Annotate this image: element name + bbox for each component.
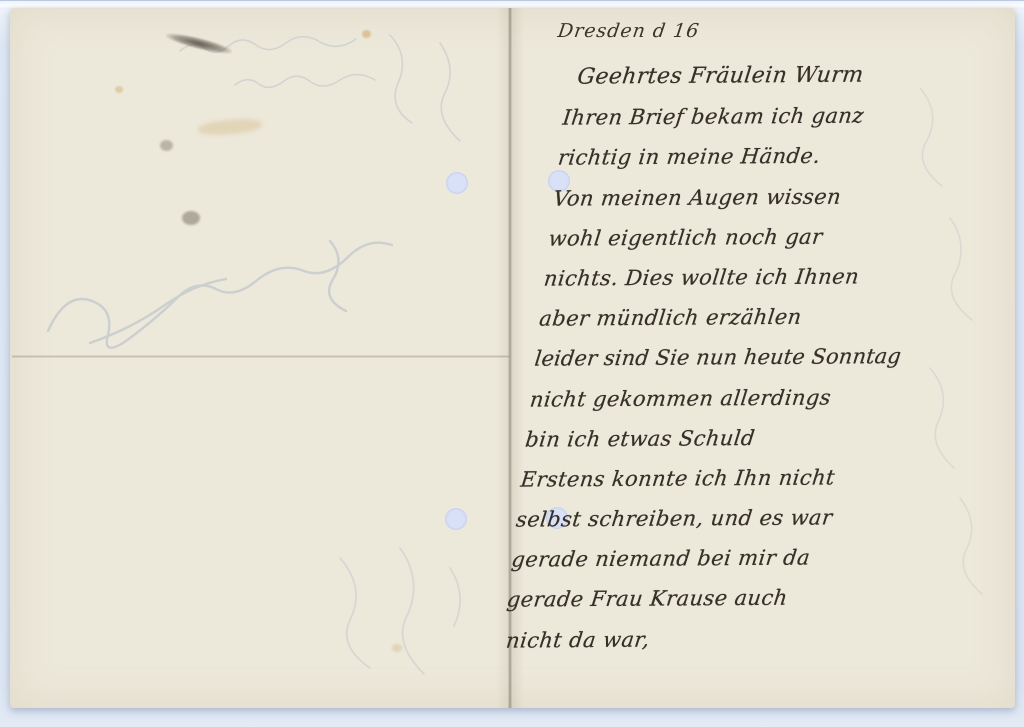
letter-line: aber mündlich erzählen — [537, 295, 1012, 338]
stain — [362, 30, 371, 38]
fold-crease-horizontal — [12, 355, 509, 358]
stain — [115, 86, 123, 93]
letter-scan: Dresden d 16 Geehrtes Fräulein Wurm Ihre… — [0, 0, 1024, 727]
letter-line: Erstens konnte ich Ihn nicht — [519, 456, 994, 499]
letter-line: nicht da war, — [504, 617, 975, 660]
letter-line: gerade niemand bei mir da — [509, 537, 984, 580]
letter-sheet: Dresden d 16 Geehrtes Fräulein Wurm Ihre… — [10, 8, 1015, 708]
letter-line: Ihren Brief bekam ich ganz — [560, 95, 1024, 138]
stain — [182, 211, 200, 225]
left-page-blank — [10, 8, 510, 708]
ink-bleedthrough-flourish — [30, 223, 430, 353]
letter-line: bin ich etwas Schuld — [523, 416, 998, 459]
letter-line: selbst schreiben, und es war — [514, 496, 989, 539]
ink-bleedthrough-bottom — [310, 528, 500, 688]
letter-body: Geehrtes Fräulein Wurm Ihren Brief bekam… — [500, 54, 1024, 660]
stain — [165, 30, 234, 57]
letter-dateline: Dresden d 16 — [556, 20, 700, 42]
letter-line: Von meinen Augen wissen — [551, 175, 1024, 218]
stain — [392, 644, 402, 652]
letter-line: Geehrtes Fräulein Wurm — [575, 54, 1024, 97]
letter-line: nichts. Dies wollte ich Ihnen — [542, 255, 1017, 298]
stain — [198, 117, 263, 137]
letter-line: leider sind Sie nun heute Sonntag — [532, 336, 1007, 379]
letter-line: wohl eigentlich noch gar — [546, 215, 1021, 258]
ink-bleedthrough-top — [140, 23, 510, 153]
letter-line: gerade Frau Krause auch — [505, 577, 980, 620]
stain — [160, 140, 173, 151]
punch-hole — [446, 172, 468, 194]
letter-line: nicht gekommen allerdings — [528, 376, 1003, 419]
punch-hole — [445, 508, 467, 530]
letter-line: richtig in meine Hände. — [556, 135, 1024, 178]
